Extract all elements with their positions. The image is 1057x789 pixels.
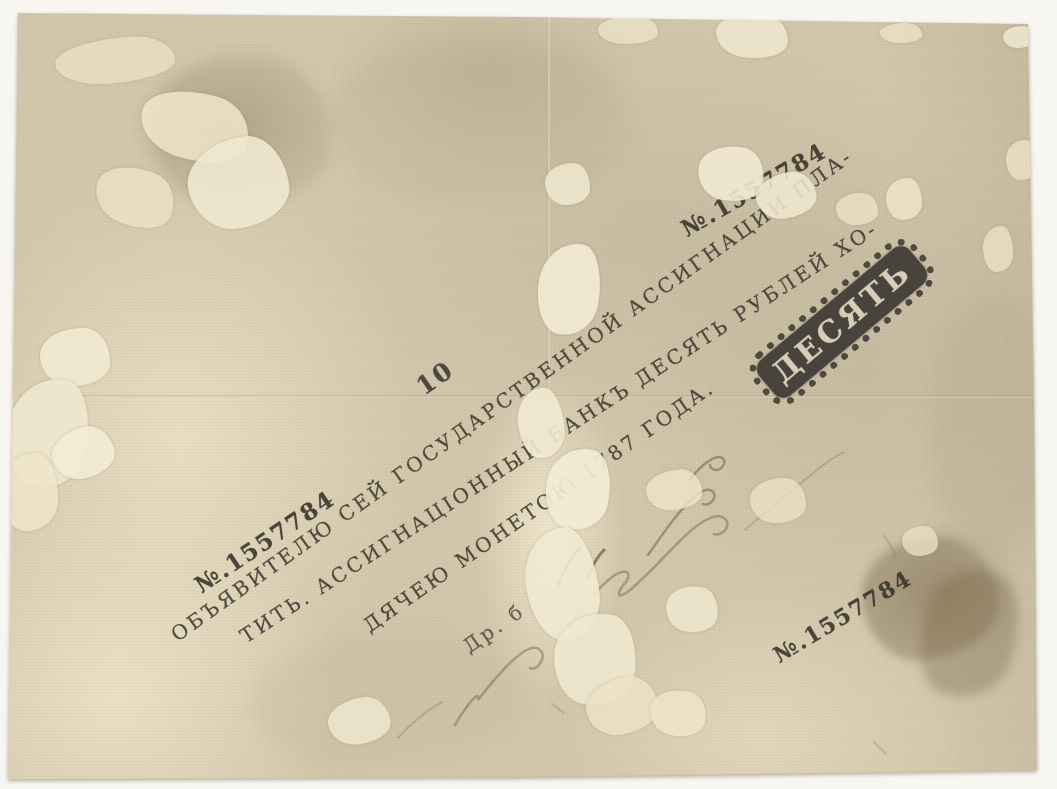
paper-stain	[907, 558, 1032, 708]
damage-spot	[47, 421, 120, 485]
damage-spot	[133, 79, 257, 173]
damage-spot	[40, 328, 110, 386]
denomination-stamp: ДЕСЯТЬ	[752, 241, 932, 402]
paper-stain	[150, 55, 330, 205]
obligation-text-line-3: ДЯЧЕЮ МОНЕТОЮ 1787 ГОДА.	[359, 375, 719, 637]
damage-spot	[598, 16, 658, 44]
obligation-text-line-2: ТИТЬ. АССИГНАЦІОННЫЙ БАНКЪ ДЕСЯТЬ РУБЛЕЙ…	[236, 216, 883, 648]
damage-spot	[644, 468, 703, 513]
damage-spot	[886, 178, 922, 220]
signature-faint-tail	[398, 702, 442, 738]
damage-spot	[549, 609, 640, 709]
damage-spot	[545, 163, 590, 205]
damage-spot	[1003, 26, 1035, 48]
damage-spot	[0, 453, 58, 531]
damage-spot	[0, 372, 97, 494]
damage-spot	[750, 478, 806, 523]
scan-area: ОБЪЯВИТЕЛЮ СЕЙ ГОСУДАРСТВЕННОЙ АССИГНАЦИ…	[0, 0, 1057, 789]
signature-faint-ascender	[745, 452, 844, 530]
signature-dark-strokes	[558, 548, 604, 585]
obligation-text-line-4-partial: Др. б	[459, 598, 530, 658]
damage-spot	[1006, 140, 1038, 180]
damage-spot	[181, 130, 295, 236]
paper-stain	[330, 40, 630, 200]
ink-smudge-teal	[552, 536, 895, 754]
damage-spot	[519, 524, 606, 645]
damage-spot	[880, 23, 922, 43]
damage-spot	[663, 583, 721, 636]
damage-spot	[581, 671, 663, 741]
damage-spot	[983, 226, 1013, 272]
damage-spot	[325, 694, 393, 748]
banknote-paper: ОБЪЯВИТЕЛЮ СЕЙ ГОСУДАРСТВЕННОЙ АССИГНАЦИ…	[0, 0, 1057, 789]
damage-spot	[87, 156, 182, 238]
serial-number-bottom-right: №.1557784	[769, 565, 917, 668]
damage-spot	[714, 10, 790, 61]
damage-spot	[646, 685, 709, 740]
fold-crease-vertical	[547, 14, 551, 400]
signature-loop	[648, 457, 724, 555]
damage-spot	[902, 526, 938, 556]
damage-spot	[53, 33, 176, 88]
paper-stain	[930, 295, 1050, 560]
